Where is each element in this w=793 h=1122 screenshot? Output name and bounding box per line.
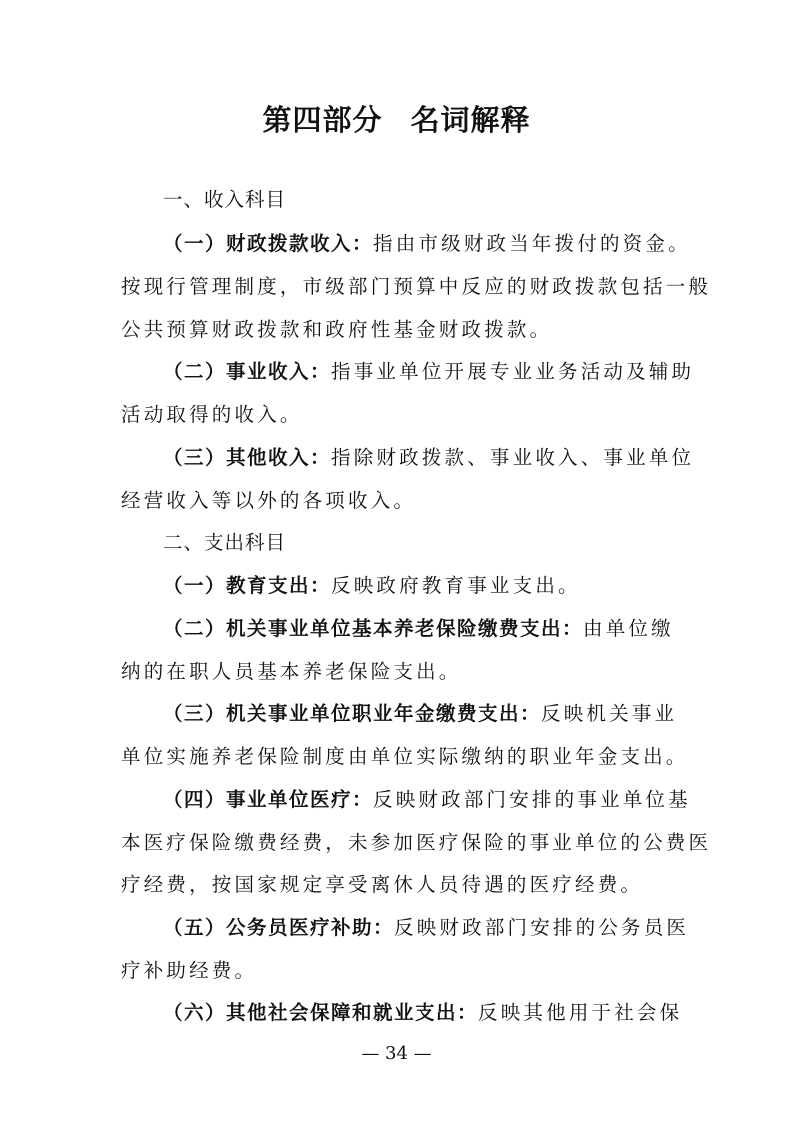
term: （六）其他社会保障和就业支出： — [163, 1001, 478, 1024]
page-title: 第四部分名词解释 — [0, 98, 793, 139]
section-heading-expenditure: 二、支出科目 — [163, 531, 723, 555]
definition: 反映政府教育事业支出。 — [331, 574, 581, 597]
definition: 反映机关事业 — [541, 702, 677, 725]
text-line: 疗经费，按国家规定享受离休人员待遇的医疗经费。 — [121, 873, 681, 897]
term: （二）机关事业单位基本养老保险缴费支出： — [163, 617, 583, 640]
item-occupational-annuity: （三）机关事业单位职业年金缴费支出：反映机关事业 — [163, 702, 723, 726]
text-line: 按现行管理制度，市级部门预算中反应的财政拨款包括一般 — [121, 275, 681, 299]
term: （四）事业单位医疗： — [163, 788, 373, 811]
text-line: 活动取得的收入。 — [121, 403, 681, 427]
item-other-income: （三）其他收入：指除财政拨款、事业收入、事业单位 — [163, 446, 723, 470]
definition: 反映财政部门安排的事业单位基 — [373, 788, 691, 811]
definition: 反映其他用于社会保 — [478, 1001, 682, 1024]
term: （二）事业收入： — [163, 360, 331, 383]
item-education: （一）教育支出：反映政府教育事业支出。 — [163, 574, 723, 598]
text-line: 疗补助经费。 — [121, 959, 681, 983]
item-fiscal-appropriation: （一）财政拨款收入：指由市级财政当年拨付的资金。 — [163, 232, 723, 256]
page-number: — 34 — — [0, 1043, 793, 1064]
title-part: 第四部分 — [262, 103, 382, 137]
item-business-income: （二）事业收入：指事业单位开展专业业务活动及辅助 — [163, 360, 723, 384]
item-other-social-security: （六）其他社会保障和就业支出：反映其他用于社会保 — [163, 1001, 723, 1025]
text-line: 本医疗保险缴费经费，未参加医疗保险的事业单位的公费医 — [121, 831, 681, 855]
text-line: 单位实施养老保险制度由单位实际缴纳的职业年金支出。 — [121, 745, 681, 769]
definition: 由单位缴 — [583, 617, 674, 640]
definition: 指除财政拨款、事业收入、事业单位 — [331, 446, 694, 469]
definition: 反映财政部门安排的公务员医 — [394, 916, 689, 939]
text-line: 纳的在职人员基本养老保险支出。 — [121, 660, 681, 684]
section-heading-income: 一、收入科目 — [163, 188, 723, 212]
item-civil-servant-medical: （五）公务员医疗补助：反映财政部门安排的公务员医 — [163, 916, 723, 940]
term: （五）公务员医疗补助： — [163, 916, 394, 939]
term: （一）教育支出： — [163, 574, 331, 597]
term: （一）财政拨款收入： — [163, 232, 373, 255]
item-pension: （二）机关事业单位基本养老保险缴费支出：由单位缴 — [163, 617, 723, 641]
term: （三）其他收入： — [163, 446, 331, 469]
term: （三）机关事业单位职业年金缴费支出： — [163, 702, 541, 725]
definition: 指事业单位开展专业业务活动及辅助 — [331, 360, 694, 383]
text-line: 经营收入等以外的各项收入。 — [121, 489, 681, 513]
item-medical: （四）事业单位医疗：反映财政部门安排的事业单位基 — [163, 788, 723, 812]
definition: 指由市级财政当年拨付的资金。 — [373, 232, 691, 255]
title-name: 名词解释 — [411, 103, 531, 137]
text-line: 公共预算财政拨款和政府性基金财政拨款。 — [121, 318, 681, 342]
